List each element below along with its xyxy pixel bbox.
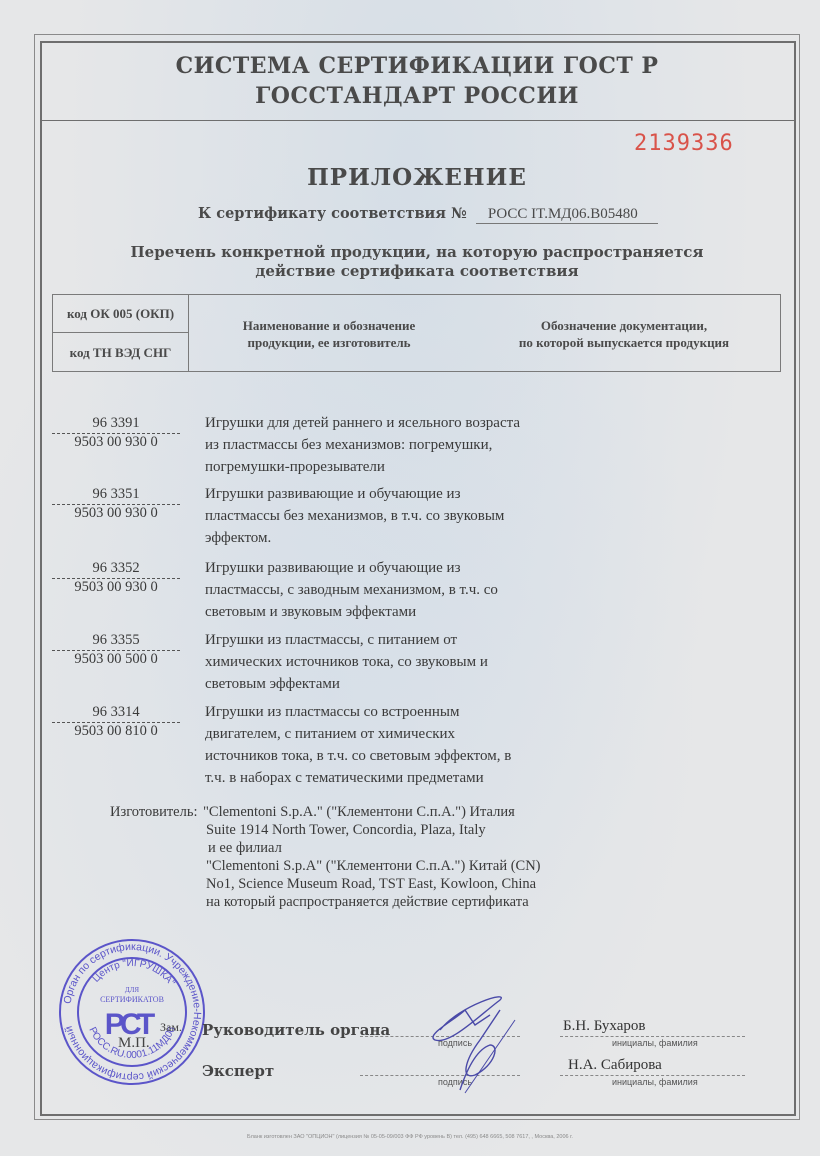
description-line: т.ч. в наборах с тематическими предметам…	[205, 767, 545, 789]
product-codes: 96 33559503 00 500 0	[52, 632, 180, 668]
manufacturer-line: Suite 1914 North Tower, Concordia, Plaza…	[206, 821, 683, 839]
description-line: двигателем, с питанием от химических	[205, 723, 545, 745]
code-column-header: код ОК 005 (ОКП) код ТН ВЭД СНГ	[53, 295, 189, 371]
description-line: световым эффектами	[205, 673, 545, 695]
manufacturer-label: Изготовитель:	[110, 803, 198, 821]
okp-code: 96 3391	[52, 415, 180, 434]
serial-number: 2139336	[634, 131, 734, 156]
product-list-title-line2: действие сертификата соответствия	[40, 262, 794, 281]
description-line: Игрушки из пластмассы со встроенным	[205, 701, 545, 723]
doc-header-line1: Обозначение документации,	[469, 317, 779, 334]
product-description: Игрушки развивающие и обучающие изпластм…	[205, 557, 545, 623]
tnved-code: 9503 00 930 0	[52, 505, 180, 522]
system-title: СИСТЕМА СЕРТИФИКАЦИИ ГОСТ Р	[40, 53, 794, 79]
head-name-line	[560, 1036, 745, 1037]
seal-place-label: М.П.	[118, 1035, 150, 1052]
header-divider	[40, 120, 794, 121]
appendix-title: ПРИЛОЖЕНИЕ	[40, 164, 794, 191]
doc-column-header: Обозначение документации, по которой вып…	[469, 317, 779, 351]
tnved-code-header: код ТН ВЭД СНГ	[53, 345, 188, 361]
tnved-code: 9503 00 930 0	[52, 434, 180, 451]
table-header: код ОК 005 (ОКП) код ТН ВЭД СНГ Наименов…	[52, 294, 781, 372]
svg-text:ДЛЯ: ДЛЯ	[125, 986, 140, 994]
product-codes: 96 33919503 00 930 0	[52, 415, 180, 451]
description-line: Игрушки для детей раннего и ясельного во…	[205, 412, 545, 434]
form-print-footer: Бланк изготовлен ЗАО "ОПЦИОН" (лицензия …	[0, 1134, 820, 1140]
svg-text:Центр "ИГРУШКА": Центр "ИГРУШКА"	[91, 958, 177, 989]
description-line: пластмассы, с заводным механизмом, в т.ч…	[205, 579, 545, 601]
manufacturer-line: и ее филиал	[208, 839, 683, 857]
head-name-caption: инициалы, фамилия	[612, 1038, 698, 1048]
expert-name: Н.А. Сабирова	[568, 1057, 662, 1074]
product-codes: 96 33529503 00 930 0	[52, 560, 180, 596]
name-column-header: Наименование и обозначение продукции, ее…	[189, 317, 469, 351]
certification-stamp: Орган по сертификации. Учреждение-Некомм…	[58, 938, 206, 1086]
description-line: Игрушки из пластмассы, с питанием от	[205, 629, 545, 651]
description-line: из пластмассы без механизмов: погремушки…	[205, 434, 545, 456]
manufacturer-line: No1, Science Museum Road, TST East, Kowl…	[206, 875, 683, 893]
description-line: химических источников тока, со звуковым …	[205, 651, 545, 673]
code-header-divider	[53, 332, 188, 333]
head-name: Б.Н. Бухаров	[563, 1018, 645, 1035]
okp-code: 96 3355	[52, 632, 180, 651]
expert-name-caption: инициалы, фамилия	[612, 1077, 698, 1087]
svg-text:СЕРТИФИКАТОВ: СЕРТИФИКАТОВ	[100, 995, 164, 1004]
okp-code: 96 3351	[52, 486, 180, 505]
product-description: Игрушки из пластмассы, с питанием отхими…	[205, 629, 545, 695]
description-line: Игрушки развивающие и обучающие из	[205, 483, 545, 505]
name-header-line2: продукции, ее изготовитель	[189, 334, 469, 351]
manufacturer-line: "Clementoni S.p.A" ("Клементони С.п.А.")…	[206, 857, 683, 875]
manufacturer-line: на который распространяется действие сер…	[206, 893, 683, 911]
expert-name-line	[560, 1075, 745, 1076]
product-codes: 96 33149503 00 810 0	[52, 704, 180, 740]
deputy-prefix: Зам.	[160, 1020, 182, 1035]
certificate-reference: К сертификату соответствия № РОСС IT.МД0…	[198, 205, 658, 224]
product-description: Игрушки из пластмассы со встроеннымдвига…	[205, 701, 545, 789]
description-line: погремушки-прорезыватели	[205, 456, 545, 478]
description-line: пластмассы без механизмов, в т.ч. со зву…	[205, 505, 545, 527]
description-line: эффектом.	[205, 527, 545, 549]
tnved-code: 9503 00 500 0	[52, 651, 180, 668]
description-line: Игрушки развивающие и обучающие из	[205, 557, 545, 579]
okp-code: 96 3314	[52, 704, 180, 723]
description-line: световым и звуковым эффектами	[205, 601, 545, 623]
okp-code-header: код ОК 005 (ОКП)	[53, 306, 188, 322]
okp-code: 96 3352	[52, 560, 180, 579]
product-codes: 96 33519503 00 930 0	[52, 486, 180, 522]
description-line: источников тока, в т.ч. со световым эффе…	[205, 745, 545, 767]
tnved-code: 9503 00 930 0	[52, 579, 180, 596]
certificate-number: РОСС IT.МД06.В05480	[476, 206, 658, 224]
product-description: Игрушки развивающие и обучающие изпластм…	[205, 483, 545, 549]
product-list-title-line1: Перечень конкретной продукции, на котору…	[40, 243, 794, 262]
doc-header-line2: по которой выпускается продукция	[469, 334, 779, 351]
name-header-line1: Наименование и обозначение	[189, 317, 469, 334]
handwritten-signatures	[420, 985, 540, 1095]
tnved-code: 9503 00 810 0	[52, 723, 180, 740]
certificate-label: К сертификату соответствия №	[198, 205, 467, 222]
product-description: Игрушки для детей раннего и ясельного во…	[205, 412, 545, 478]
product-list-title: Перечень конкретной продукции, на котору…	[40, 243, 794, 281]
manufacturer-line: "Clementoni S.p.A." ("Клементони С.п.А."…	[203, 803, 683, 821]
agency-title: ГОССТАНДАРТ РОССИИ	[40, 83, 794, 109]
expert-label: Эксперт	[202, 1062, 274, 1080]
manufacturer-lines: "Clementoni S.p.A." ("Клементони С.п.А."…	[203, 803, 683, 911]
